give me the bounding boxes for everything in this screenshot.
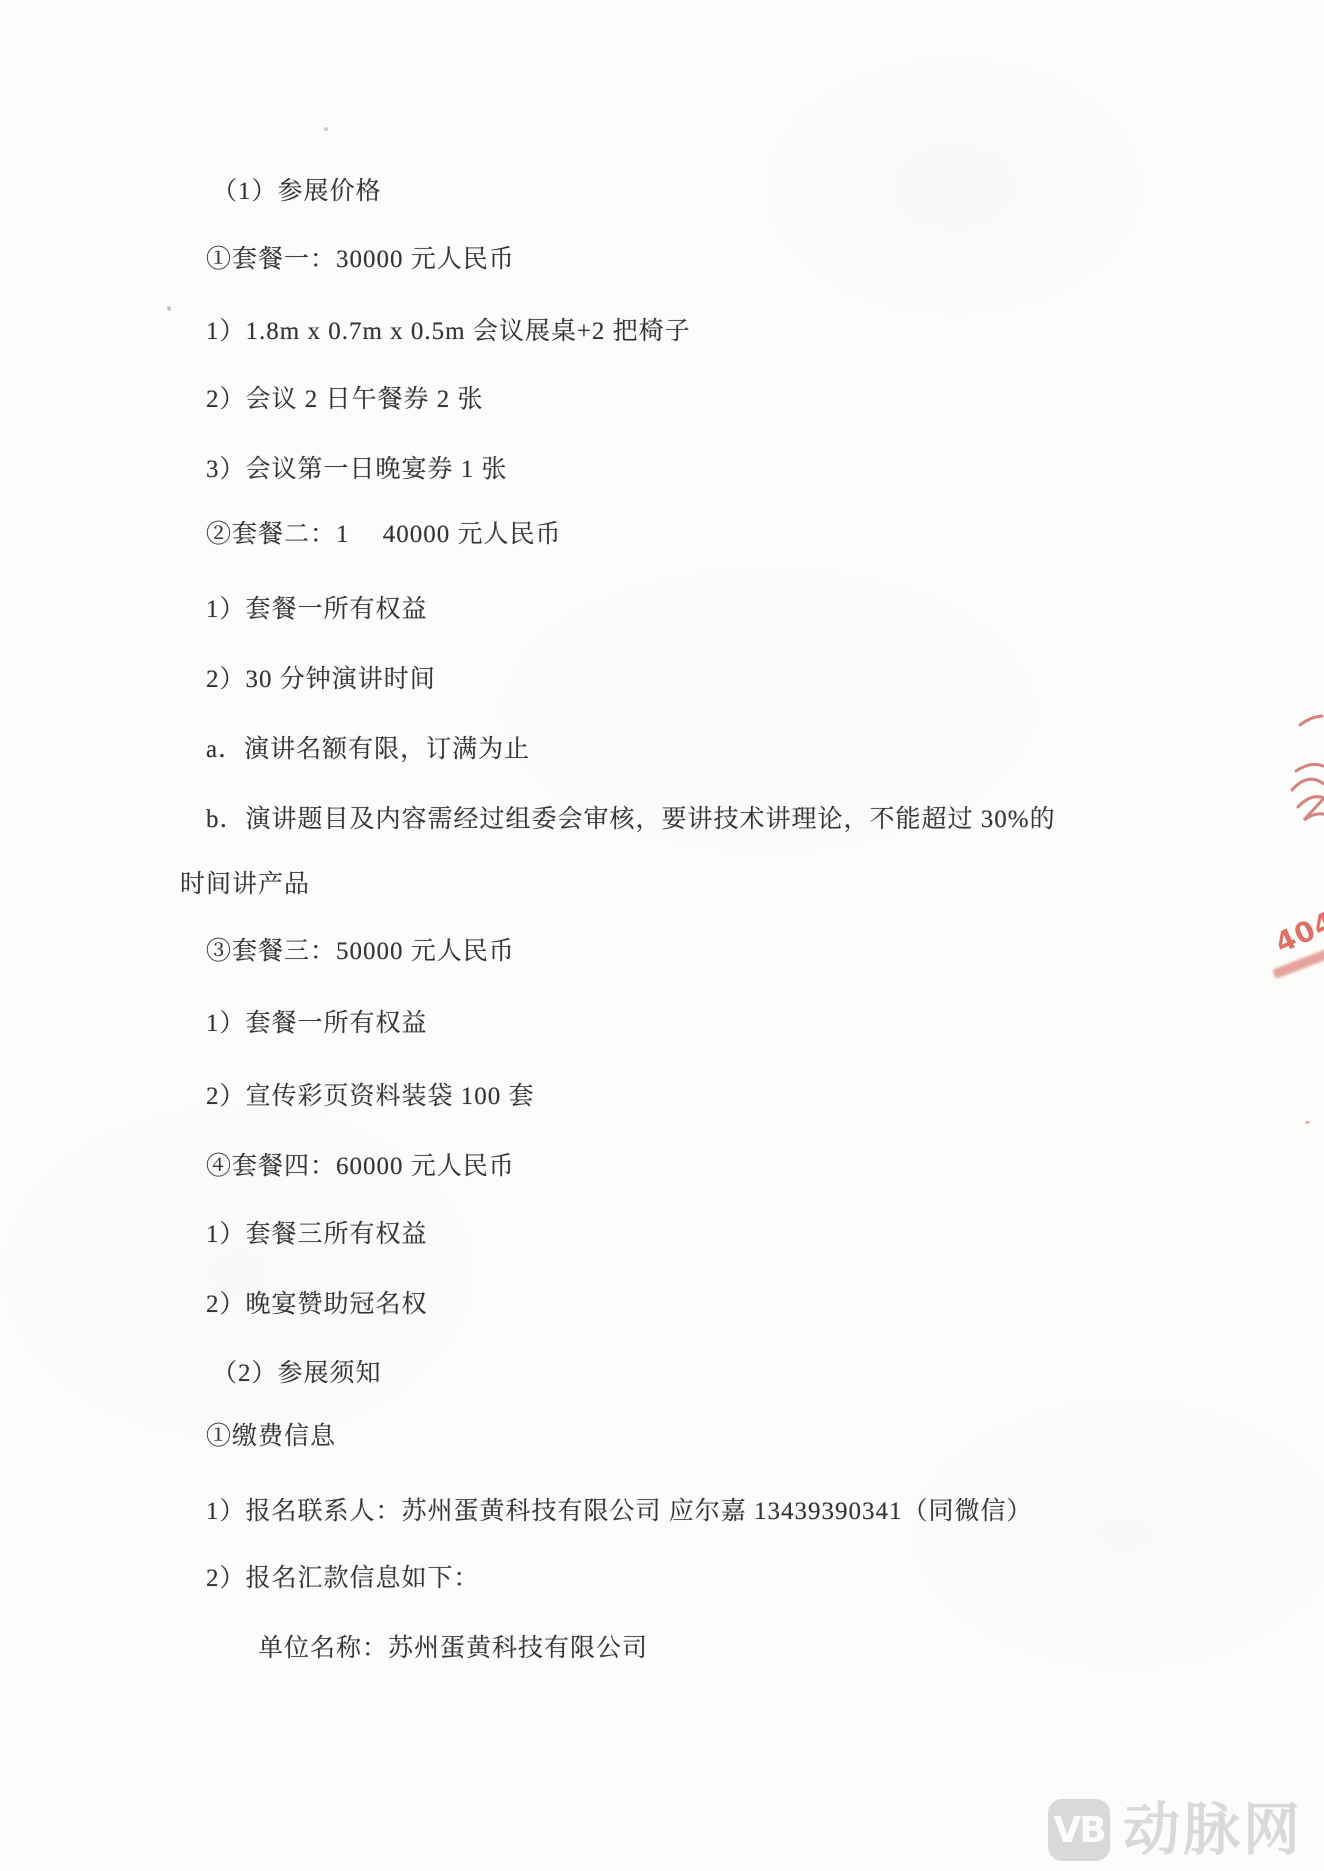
red-stamp-underline bbox=[1272, 949, 1324, 979]
doc-line-company-name: 单位名称：苏州蛋黄科技有限公司 bbox=[258, 1632, 648, 1666]
doc-line-package3: ③套餐三：50000 元人民币 bbox=[206, 935, 515, 969]
doc-line-package2: ②套餐二：1 40000 元人民币 bbox=[206, 518, 562, 552]
doc-line-package4-item1: 1）套餐三所有权益 bbox=[206, 1218, 428, 1252]
watermark: VB 动脉网 bbox=[1048, 1799, 1303, 1861]
doc-line-heading-2: （2）参展须知 bbox=[212, 1357, 382, 1391]
scanned-document-page: （1）参展价格 ①套餐一：30000 元人民币 1）1.8m x 0.7m x … bbox=[0, 0, 1324, 1871]
doc-line-package1-item2: 2）会议 2 日午餐券 2 张 bbox=[206, 383, 484, 417]
doc-line-contact: 1）报名联系人：苏州蛋黄科技有限公司 应尔嘉 13439390341（同微信） bbox=[206, 1495, 1033, 1529]
doc-line-package3-item2: 2）宣传彩页资料装袋 100 套 bbox=[206, 1080, 535, 1114]
doc-line-package1: ①套餐一：30000 元人民币 bbox=[206, 243, 515, 277]
red-handwriting-mark bbox=[1280, 695, 1324, 830]
vb-logo-icon: VB bbox=[1048, 1799, 1110, 1861]
doc-line-package1-item1: 1）1.8m x 0.7m x 0.5m 会议展桌+2 把椅子 bbox=[206, 315, 691, 349]
doc-line-heading-1: （1）参展价格 bbox=[212, 175, 382, 209]
scan-speck bbox=[167, 306, 171, 311]
red-speck bbox=[1305, 1121, 1310, 1124]
doc-line-package1-item3: 3）会议第一日晚宴券 1 张 bbox=[206, 453, 508, 487]
scan-speck bbox=[324, 127, 328, 131]
doc-line-package4: ④套餐四：60000 元人民币 bbox=[206, 1150, 515, 1184]
doc-line-package3-item1: 1）套餐一所有权益 bbox=[206, 1007, 428, 1041]
doc-line-note-b: b．演讲题目及内容需经过组委会审核，要讲技术讲理论，不能超过 30%的 bbox=[206, 803, 1056, 837]
doc-line-note-a: a．演讲名额有限，订满为止 bbox=[206, 733, 530, 767]
red-stamp-number: 404 bbox=[1270, 901, 1324, 960]
doc-line-payment-info: ①缴费信息 bbox=[206, 1420, 336, 1454]
doc-line-package4-item2: 2）晚宴赞助冠名权 bbox=[206, 1288, 428, 1322]
doc-line-note-b-wrap: 时间讲产品 bbox=[180, 868, 310, 902]
doc-line-remittance: 2）报名汇款信息如下： bbox=[206, 1562, 480, 1596]
doc-line-package2-item1: 1）套餐一所有权益 bbox=[206, 593, 428, 627]
doc-line-package2-item2: 2）30 分钟演讲时间 bbox=[206, 663, 436, 697]
watermark-brand-text: 动脉网 bbox=[1123, 1799, 1303, 1861]
